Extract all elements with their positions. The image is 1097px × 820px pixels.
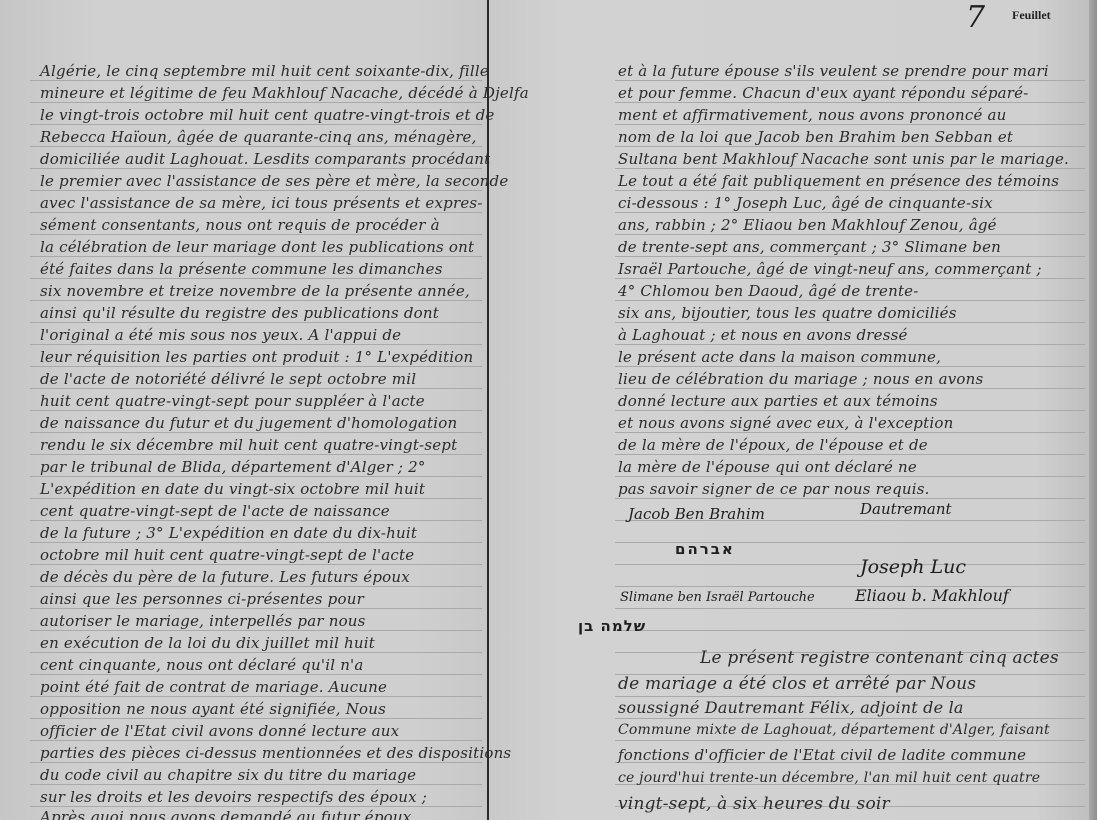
text-line: de la mère de l'époux, de l'épouse et de (618, 436, 1078, 454)
text-line: la célébration de leur mariage dont les … (40, 238, 480, 256)
rule-line (615, 146, 1085, 147)
text-line: le premier avec l'assistance de ses père… (40, 172, 480, 190)
rule-line (615, 366, 1085, 367)
text-line: de décès du père de la future. Les futur… (40, 568, 480, 586)
rule-line (615, 168, 1085, 169)
rule-line (615, 498, 1085, 499)
rule-line (615, 102, 1085, 103)
rule-line (30, 168, 482, 169)
text-line: L'expédition en date du vingt-six octobr… (40, 480, 480, 498)
rule-line (615, 718, 1085, 719)
text-line: de trente-sept ans, commerçant ; 3° Slim… (618, 238, 1078, 256)
rule-line (615, 278, 1085, 279)
text-line: Le présent registre contenant cinq actes (700, 648, 1097, 668)
rule-line (30, 212, 482, 213)
text-line: ce jourd'hui trente-un décembre, l'an mi… (618, 770, 1078, 786)
text-line: avec l'assistance de sa mère, ici tous p… (40, 194, 480, 212)
text-line: point été fait de contrat de mariage. Au… (40, 678, 480, 696)
rule-line (615, 696, 1085, 697)
text-line: Commune mixte de Laghouat, département d… (618, 722, 1078, 738)
text-line: de la future ; 3° L'expédition en date d… (40, 524, 480, 542)
rule-line (615, 410, 1085, 411)
rule-line (615, 124, 1085, 125)
text-line: sur les droits et les devoirs respectifs… (40, 788, 480, 806)
text-line: leur réquisition les parties ont produit… (40, 348, 480, 366)
text-line: nom de la loi que Jacob ben Brahim ben S… (618, 128, 1078, 146)
text-line: l'original a été mis sous nos yeux. A l'… (40, 326, 480, 344)
rule-line (30, 564, 482, 565)
text-line: vingt-sept, à six heures du soir (618, 794, 1078, 814)
text-line: officier de l'Etat civil avons donné lec… (40, 722, 480, 740)
signature-hebrew-2: שלמה בן (578, 617, 646, 635)
text-line: Sultana bent Makhlouf Nacache sont unis … (618, 150, 1078, 168)
rule-line (615, 432, 1085, 433)
rule-line (30, 498, 482, 499)
rule-line (615, 234, 1085, 235)
rule-line (30, 608, 482, 609)
signature-hebrew-1: אברהם (675, 540, 735, 558)
rule-line (615, 322, 1085, 323)
rule-line (30, 718, 482, 719)
text-line: parties des pièces ci-dessus mentionnées… (40, 744, 480, 762)
text-line: octobre mil huit cent quatre-vingt-sept … (40, 546, 480, 564)
text-line: Israël Partouche, âgé de vingt-neuf ans,… (618, 260, 1078, 278)
folio-number: 7 (966, 0, 985, 35)
rule-line (30, 124, 482, 125)
rule-line (30, 674, 482, 675)
page-edge (1089, 0, 1097, 820)
rule-line (615, 190, 1085, 191)
text-line: ci-dessous : 1° Joseph Luc, âgé de cinqu… (618, 194, 1078, 212)
rule-line (30, 586, 482, 587)
rule-line (615, 80, 1085, 81)
rule-line (615, 586, 1085, 587)
rule-line (615, 212, 1085, 213)
text-line: et pour femme. Chacun d'eux ayant répond… (618, 84, 1078, 102)
text-line: pas savoir signer de ce par nous requis. (618, 480, 1078, 498)
text-line: ment et affirmativement, nous avons pron… (618, 106, 1078, 124)
rule-line (30, 806, 482, 807)
text-line: de l'acte de notoriété délivré le sept o… (40, 370, 480, 388)
text-line: Le tout a été fait publiquement en prése… (618, 172, 1078, 190)
text-line: ans, rabbin ; 2° Eliaou ben Makhlouf Zen… (618, 216, 1078, 234)
rule-line (30, 542, 482, 543)
text-line: en exécution de la loi du dix juillet mi… (40, 634, 480, 652)
rule-line (615, 388, 1085, 389)
rule-line (615, 454, 1085, 455)
rule-line (30, 652, 482, 653)
rule-line (615, 476, 1085, 477)
rule-line (30, 344, 482, 345)
rule-line (30, 366, 482, 367)
rule-line (30, 410, 482, 411)
text-line: fonctions d'officier de l'Etat civil de … (618, 746, 1078, 764)
register-spread: 7 Feuillet Algérie, le cinq septembre mi… (0, 0, 1097, 820)
text-line: donné lecture aux parties et aux témoins (618, 392, 1078, 410)
text-line: domiciliée audit Laghouat. Lesdits compa… (40, 150, 480, 168)
feuillet-label: Feuillet (1012, 8, 1051, 23)
signature-witness-2: Eliaou b. Makhlouf (855, 586, 1009, 605)
text-line: du code civil au chapitre six du titre d… (40, 766, 480, 784)
text-line: Rebecca Haïoun, âgée de quarante-cinq an… (40, 128, 480, 146)
text-line: de naissance du futur et du jugement d'h… (40, 414, 480, 432)
text-line: et à la future épouse s'ils veulent se p… (618, 62, 1078, 80)
rule-line (615, 300, 1085, 301)
rule-line (30, 476, 482, 477)
rule-line (615, 608, 1085, 609)
signature-groom: Jacob Ben Brahim (628, 505, 765, 523)
text-line: ainsi qu'il résulte du registre des publ… (40, 304, 480, 322)
rule-line (30, 278, 482, 279)
rule-line (30, 234, 482, 235)
text-line: soussigné Dautremant Félix, adjoint de l… (618, 698, 1078, 717)
rule-line (615, 256, 1085, 257)
text-line: par le tribunal de Blida, département d'… (40, 458, 480, 476)
rule-line (30, 388, 482, 389)
rule-line (30, 256, 482, 257)
text-line: six ans, bijoutier, tous les quatre domi… (618, 304, 1078, 322)
rule-line (30, 762, 482, 763)
text-line: Après quoi nous avons demandé au futur é… (40, 808, 480, 820)
text-line: opposition ne nous ayant été signifiée, … (40, 700, 480, 718)
rule-line (30, 322, 482, 323)
rule-line (615, 564, 1085, 565)
text-line: le vingt-trois octobre mil huit cent qua… (40, 106, 480, 124)
text-line: huit cent quatre-vingt-sept pour supplée… (40, 392, 480, 410)
rule-line (30, 630, 482, 631)
rule-line (615, 740, 1085, 741)
text-line: rendu le six décembre mil huit cent quat… (40, 436, 480, 454)
rule-line (615, 630, 1085, 631)
rule-line (30, 454, 482, 455)
text-line: été faites dans la présente commune les … (40, 260, 480, 278)
rule-line (30, 146, 482, 147)
text-line: lieu de célébration du mariage ; nous en… (618, 370, 1078, 388)
signature-witness-3: Slimane ben Israël Partouche (620, 590, 815, 605)
text-line: six novembre et treize novembre de la pr… (40, 282, 480, 300)
rule-line (30, 784, 482, 785)
text-line: ainsi que les personnes ci-présentes pou… (40, 590, 480, 608)
text-line: mineure et légitime de feu Makhlouf Naca… (40, 84, 480, 102)
rule-line (30, 740, 482, 741)
signature-officer: Dautremant (860, 500, 952, 518)
text-line: cent cinquante, nous ont déclaré qu'il n… (40, 656, 480, 674)
text-line: sément consentants, nous ont requis de p… (40, 216, 480, 234)
text-line: autoriser le mariage, interpellés par no… (40, 612, 480, 630)
rule-line (30, 432, 482, 433)
rule-line (30, 102, 482, 103)
rule-line (30, 696, 482, 697)
rule-line (615, 344, 1085, 345)
text-line: à Laghouat ; et nous en avons dressé (618, 326, 1078, 344)
rule-line (30, 190, 482, 191)
rule-line (30, 300, 482, 301)
text-line: et nous avons signé avec eux, à l'except… (618, 414, 1078, 432)
text-line: cent quatre-vingt-sept de l'acte de nais… (40, 502, 480, 520)
rule-line (30, 520, 482, 521)
text-line: la mère de l'épouse qui ont déclaré ne (618, 458, 1078, 476)
text-line: 4° Chlomou ben Daoud, âgé de trente- (618, 282, 1078, 300)
text-line: le présent acte dans la maison commune, (618, 348, 1078, 366)
text-line: de mariage a été clos et arrêté par Nous (618, 674, 1078, 694)
rule-line (30, 80, 482, 81)
text-line: Algérie, le cinq septembre mil huit cent… (40, 62, 480, 80)
signature-witness-1: Joseph Luc (860, 556, 966, 578)
